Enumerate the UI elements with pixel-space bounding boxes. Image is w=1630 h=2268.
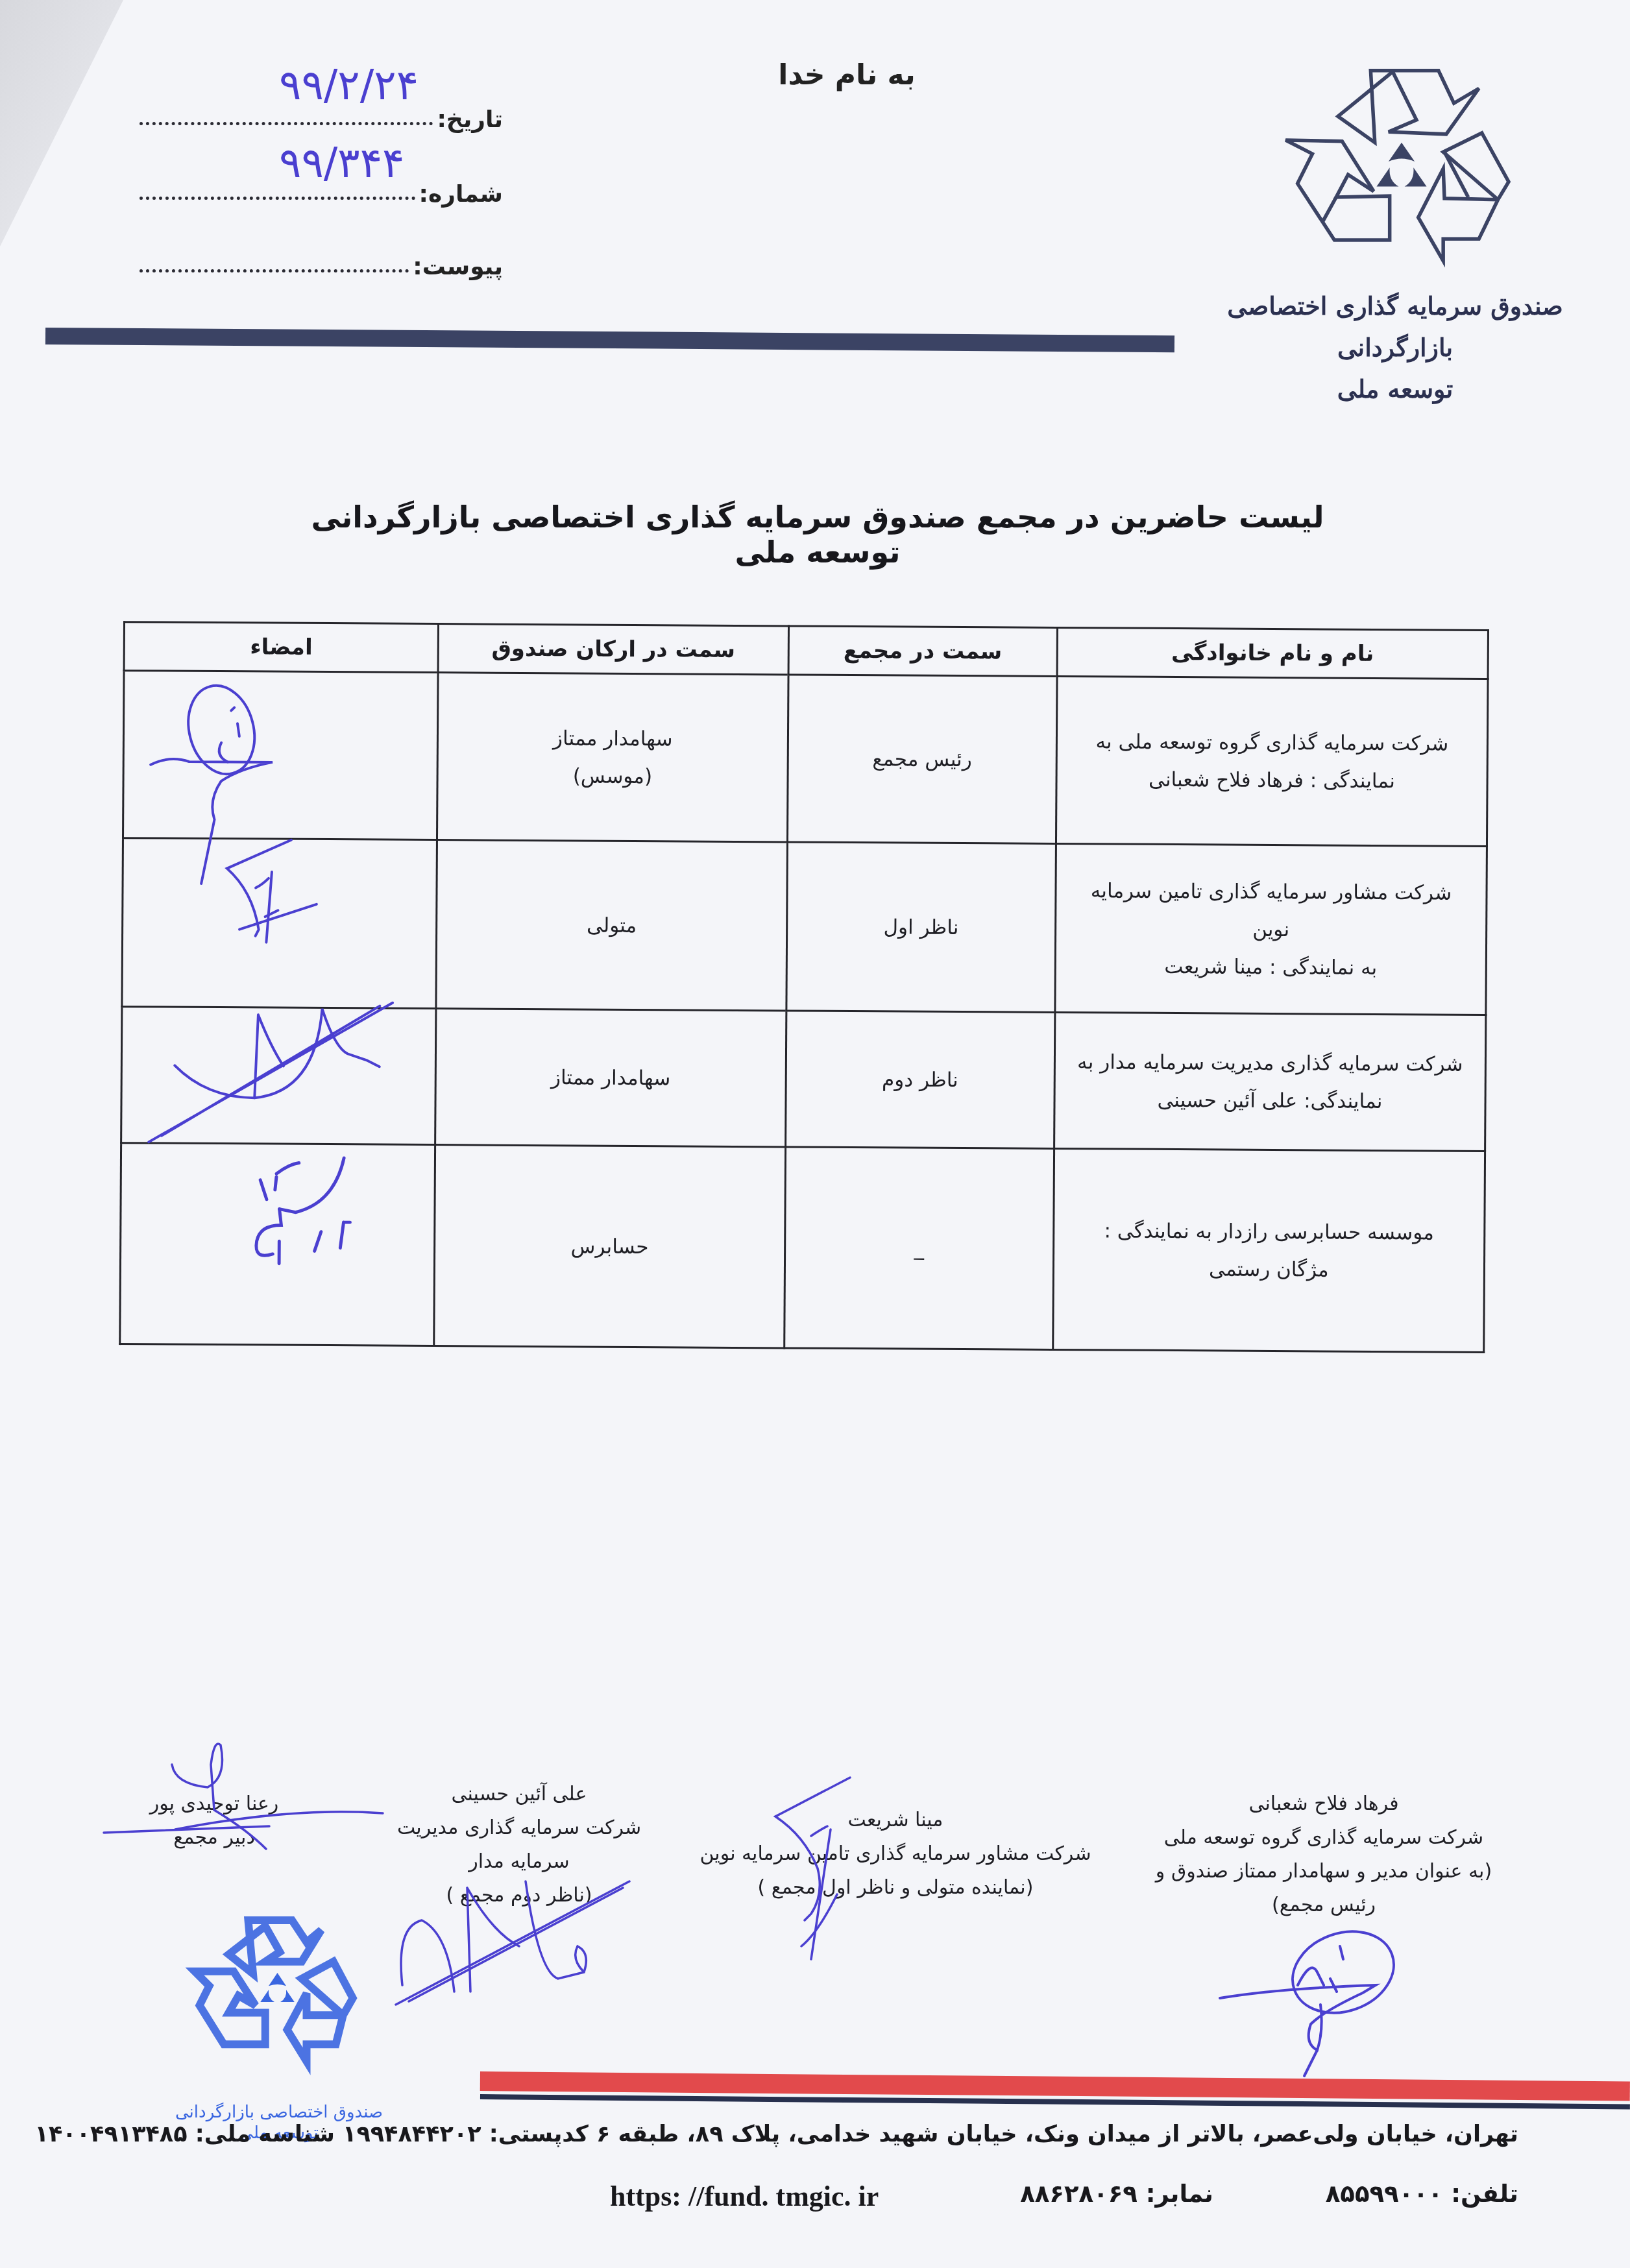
signatory-role-line-1: (نماینده متولی و ناظر اول مجمع ) (694, 1871, 1097, 1905)
fund-position-cell: سهامدار ممتاز (435, 1009, 786, 1147)
header-divider-bar (45, 328, 1174, 352)
attendee-name-line-1: شرکت مشاور سرمایه گذاری تامین سرمایه نوی… (1071, 872, 1472, 950)
handwritten-signature-icon (123, 839, 436, 1007)
footer-website-link[interactable]: https: //fund. tmgic. ir (610, 2180, 879, 2213)
fund-position-line-2: (موسس) (453, 756, 773, 796)
attendee-name-line-2: به نمایندگی : مینا شریعت (1071, 947, 1471, 987)
assembly-role-cell: _ (784, 1147, 1054, 1350)
attendee-name-line-2: نمایندگی : فرهاد فلاح شعبانی (1071, 760, 1472, 801)
fund-position-line-1: متولی (452, 906, 772, 945)
signature-cell (123, 671, 438, 840)
signatory-name: علی آئین حسینی (389, 1778, 649, 1811)
signatory-name: فرهاد فلاح شعبانی (1142, 1787, 1505, 1821)
signatory-name: مینا شریعت (694, 1804, 1097, 1837)
signatory-block-first-observer: مینا شریعت شرکت مشاور سرمایه گذاری تامین… (694, 1804, 1097, 1905)
table-row: شرکت مشاور سرمایه گذاری تامین سرمایه نوی… (122, 838, 1487, 1015)
handwritten-signature-icon (121, 1144, 434, 1345)
attendance-table: نام و نام خانوادگی سمت در مجمع سمت در ار… (119, 621, 1489, 1353)
footer-fax: نمابر: ۸۸۶۲۸۰۶۹ (1020, 2180, 1213, 2208)
footer-contacts: تلفن: ۸۵۵۹۹۰۰۰ نمابر: ۸۸۶۲۸۰۶۹ https: //… (610, 2180, 1518, 2219)
signatory-company-line-1: شرکت سرمایه گذاری مدیریت (389, 1811, 649, 1845)
header-assembly-role: سمت در مجمع (788, 626, 1058, 677)
footer-address: تهران، خیابان ولی‌عصر، بالاتر از میدان و… (123, 2121, 1518, 2147)
table-row: موسسه حسابرسی رازدار به نمایندگی : مژگان… (120, 1143, 1485, 1353)
attendee-name-line-1: شرکت سرمایه گذاری گروه توسعه ملی به (1072, 723, 1472, 763)
signatory-company: شرکت مشاور سرمایه گذاری تامین سرمایه نوی… (694, 1837, 1097, 1871)
org-name-line-2: توسعه ملی (1168, 368, 1622, 410)
fund-position-cell: متولی (436, 840, 787, 1011)
signatory-role: (ناظر دوم مجمع ) (389, 1879, 649, 1912)
header-name: نام و نام خانوادگی (1057, 627, 1488, 679)
attendee-name-cell: شرکت سرمایه گذاری گروه توسعه ملی به نمای… (1056, 676, 1488, 846)
fund-position-line-1: سهامدار ممتاز (451, 1058, 771, 1098)
organization-name: صندوق سرمایه گذاری اختصاصی بازارگردانی ت… (1168, 285, 1622, 410)
attachment-dotted-line (140, 269, 409, 272)
attendee-name-cell: شرکت سرمایه گذاری مدیریت سرمایه مدار به … (1054, 1012, 1486, 1151)
attendee-name-line-2: مژگان رستمی (1069, 1249, 1469, 1290)
table-row: شرکت سرمایه گذاری مدیریت سرمایه مدار به … (121, 1007, 1486, 1152)
org-name-line-1: صندوق سرمایه گذاری اختصاصی بازارگردانی (1168, 285, 1622, 368)
attendee-name-line-1: شرکت سرمایه گذاری مدیریت سرمایه مدار به (1070, 1043, 1470, 1083)
attachment-label: پیوست: (409, 254, 503, 280)
date-dotted-line (140, 122, 433, 125)
chairman-signature-icon (1213, 1920, 1434, 2076)
signatory-company-line-2: سرمایه مدار (389, 1845, 649, 1879)
header-signature: امضاء (124, 622, 439, 673)
document-title: لیست حاضرین در مجمع صندوق سرمایه گذاری ا… (292, 500, 1343, 570)
attendee-name-line-1: موسسه حسابرسی رازدار به نمایندگی : (1069, 1212, 1469, 1252)
date-handwritten-value: ۹۹/۲/۲۴ (279, 62, 419, 110)
number-dotted-line (140, 197, 415, 200)
signatory-role: دبیر مجمع (110, 1821, 318, 1855)
date-label: تاریخ: (433, 106, 503, 133)
footer-phone: تلفن: ۸۵۵۹۹۰۰۰ (1326, 2180, 1518, 2208)
bismillah-heading: به نام خدا (766, 58, 928, 91)
table-header-row: نام و نام خانوادگی سمت در مجمع سمت در ار… (124, 622, 1488, 679)
signatory-block-chairman: فرهاد فلاح شعبانی شرکت سرمایه گذاری گروه… (1142, 1787, 1505, 1922)
signatory-role-line-1: (به عنوان مدیر و سهامدار ممتاز صندوق و (1142, 1855, 1505, 1888)
recycle-triangle-logo-icon (1275, 62, 1528, 276)
folded-page-corner (0, 0, 123, 247)
organization-stamp-icon (169, 1901, 396, 2095)
handwritten-signature-icon (122, 1007, 435, 1144)
attachment-field: پیوست: (140, 235, 503, 280)
table-row: شرکت سرمایه گذاری گروه توسعه ملی به نمای… (123, 671, 1488, 847)
signature-cell (121, 1007, 437, 1145)
signatory-block-second-observer: علی آئین حسینی شرکت سرمایه گذاری مدیریت … (389, 1778, 649, 1912)
attendee-name-cell: شرکت مشاور سرمایه گذاری تامین سرمایه نوی… (1055, 843, 1487, 1015)
header-fund-position: سمت در ارکان صندوق (438, 624, 788, 675)
attendee-name-line-2: نمایندگی: علی آئین حسینی (1069, 1081, 1470, 1121)
assembly-role-cell: رئیس مجمع (787, 675, 1057, 844)
attendee-name-cell: موسسه حسابرسی رازدار به نمایندگی : مژگان… (1053, 1148, 1485, 1352)
assembly-role-cell: ناظر دوم (785, 1011, 1055, 1149)
signatory-name: رعنا توحیدی پور (110, 1787, 318, 1821)
handwritten-signature-icon (124, 671, 437, 839)
fund-position-cell: حسابرس (434, 1145, 785, 1348)
number-label: شماره: (415, 181, 503, 208)
signatory-company: شرکت سرمایه گذاری گروه توسعه ملی (1142, 1821, 1505, 1855)
signature-cell (120, 1143, 435, 1346)
number-handwritten-value: ۹۹/۳۴۴ (279, 139, 404, 187)
fund-position-cell: سهامدار ممتاز (موسس) (437, 673, 788, 842)
fund-position-line-1: سهامدار ممتاز (453, 719, 773, 758)
stamp-text-line-1: صندوق اختصاصی بازارگردانی (169, 2102, 389, 2123)
fund-position-line-1: حسابرس (450, 1227, 770, 1266)
signature-cell (122, 838, 437, 1009)
signatory-block-secretary: رعنا توحیدی پور دبیر مجمع (110, 1787, 318, 1855)
signatory-role-line-2: رئیس مجمع) (1142, 1888, 1505, 1922)
assembly-role-cell: ناظر اول (786, 842, 1056, 1013)
